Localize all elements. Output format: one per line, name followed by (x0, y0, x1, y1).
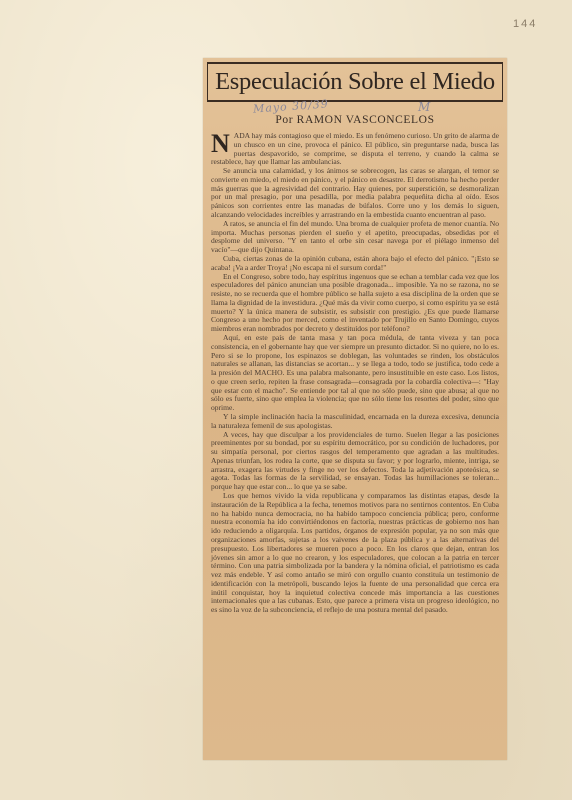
paragraph-5: En el Congreso, sobre todo, hay espíritu… (211, 273, 499, 334)
handwritten-mark: M (418, 100, 430, 114)
paragraph-7: Y la simple inclinación hacia la masculi… (211, 413, 499, 431)
newspaper-clipping: Especulación Sobre el Miedo Mayo 30/39 M… (203, 58, 507, 760)
paragraph-6: Aquí, en este país de tanta masa y tan p… (211, 334, 499, 413)
article-byline: Por RAMON VASCONCELOS (203, 114, 507, 126)
article-body: NADA hay más contagioso que el miedo. Es… (211, 132, 499, 615)
article-title: Especulación Sobre el Miedo (215, 68, 495, 96)
paragraph-3: A ratos, se anuncia el fin del mundo. Un… (211, 220, 499, 255)
paragraph-8: A veces, hay que disculpar a los provide… (211, 431, 499, 492)
drop-cap: N (211, 133, 230, 155)
page-number: 144 (513, 18, 537, 30)
title-box: Especulación Sobre el Miedo (207, 62, 503, 102)
paragraph-4: Cuba, ciertas zonas de la opinión cubana… (211, 255, 499, 273)
paragraph-2: Se anuncia una calamidad, y los ánimos s… (211, 167, 499, 220)
paragraph-text: ADA hay más contagioso que el miedo. Es … (211, 131, 499, 166)
paragraph-1: NADA hay más contagioso que el miedo. Es… (211, 132, 499, 167)
paragraph-9: Los que hemos vivido la vida republicana… (211, 492, 499, 615)
